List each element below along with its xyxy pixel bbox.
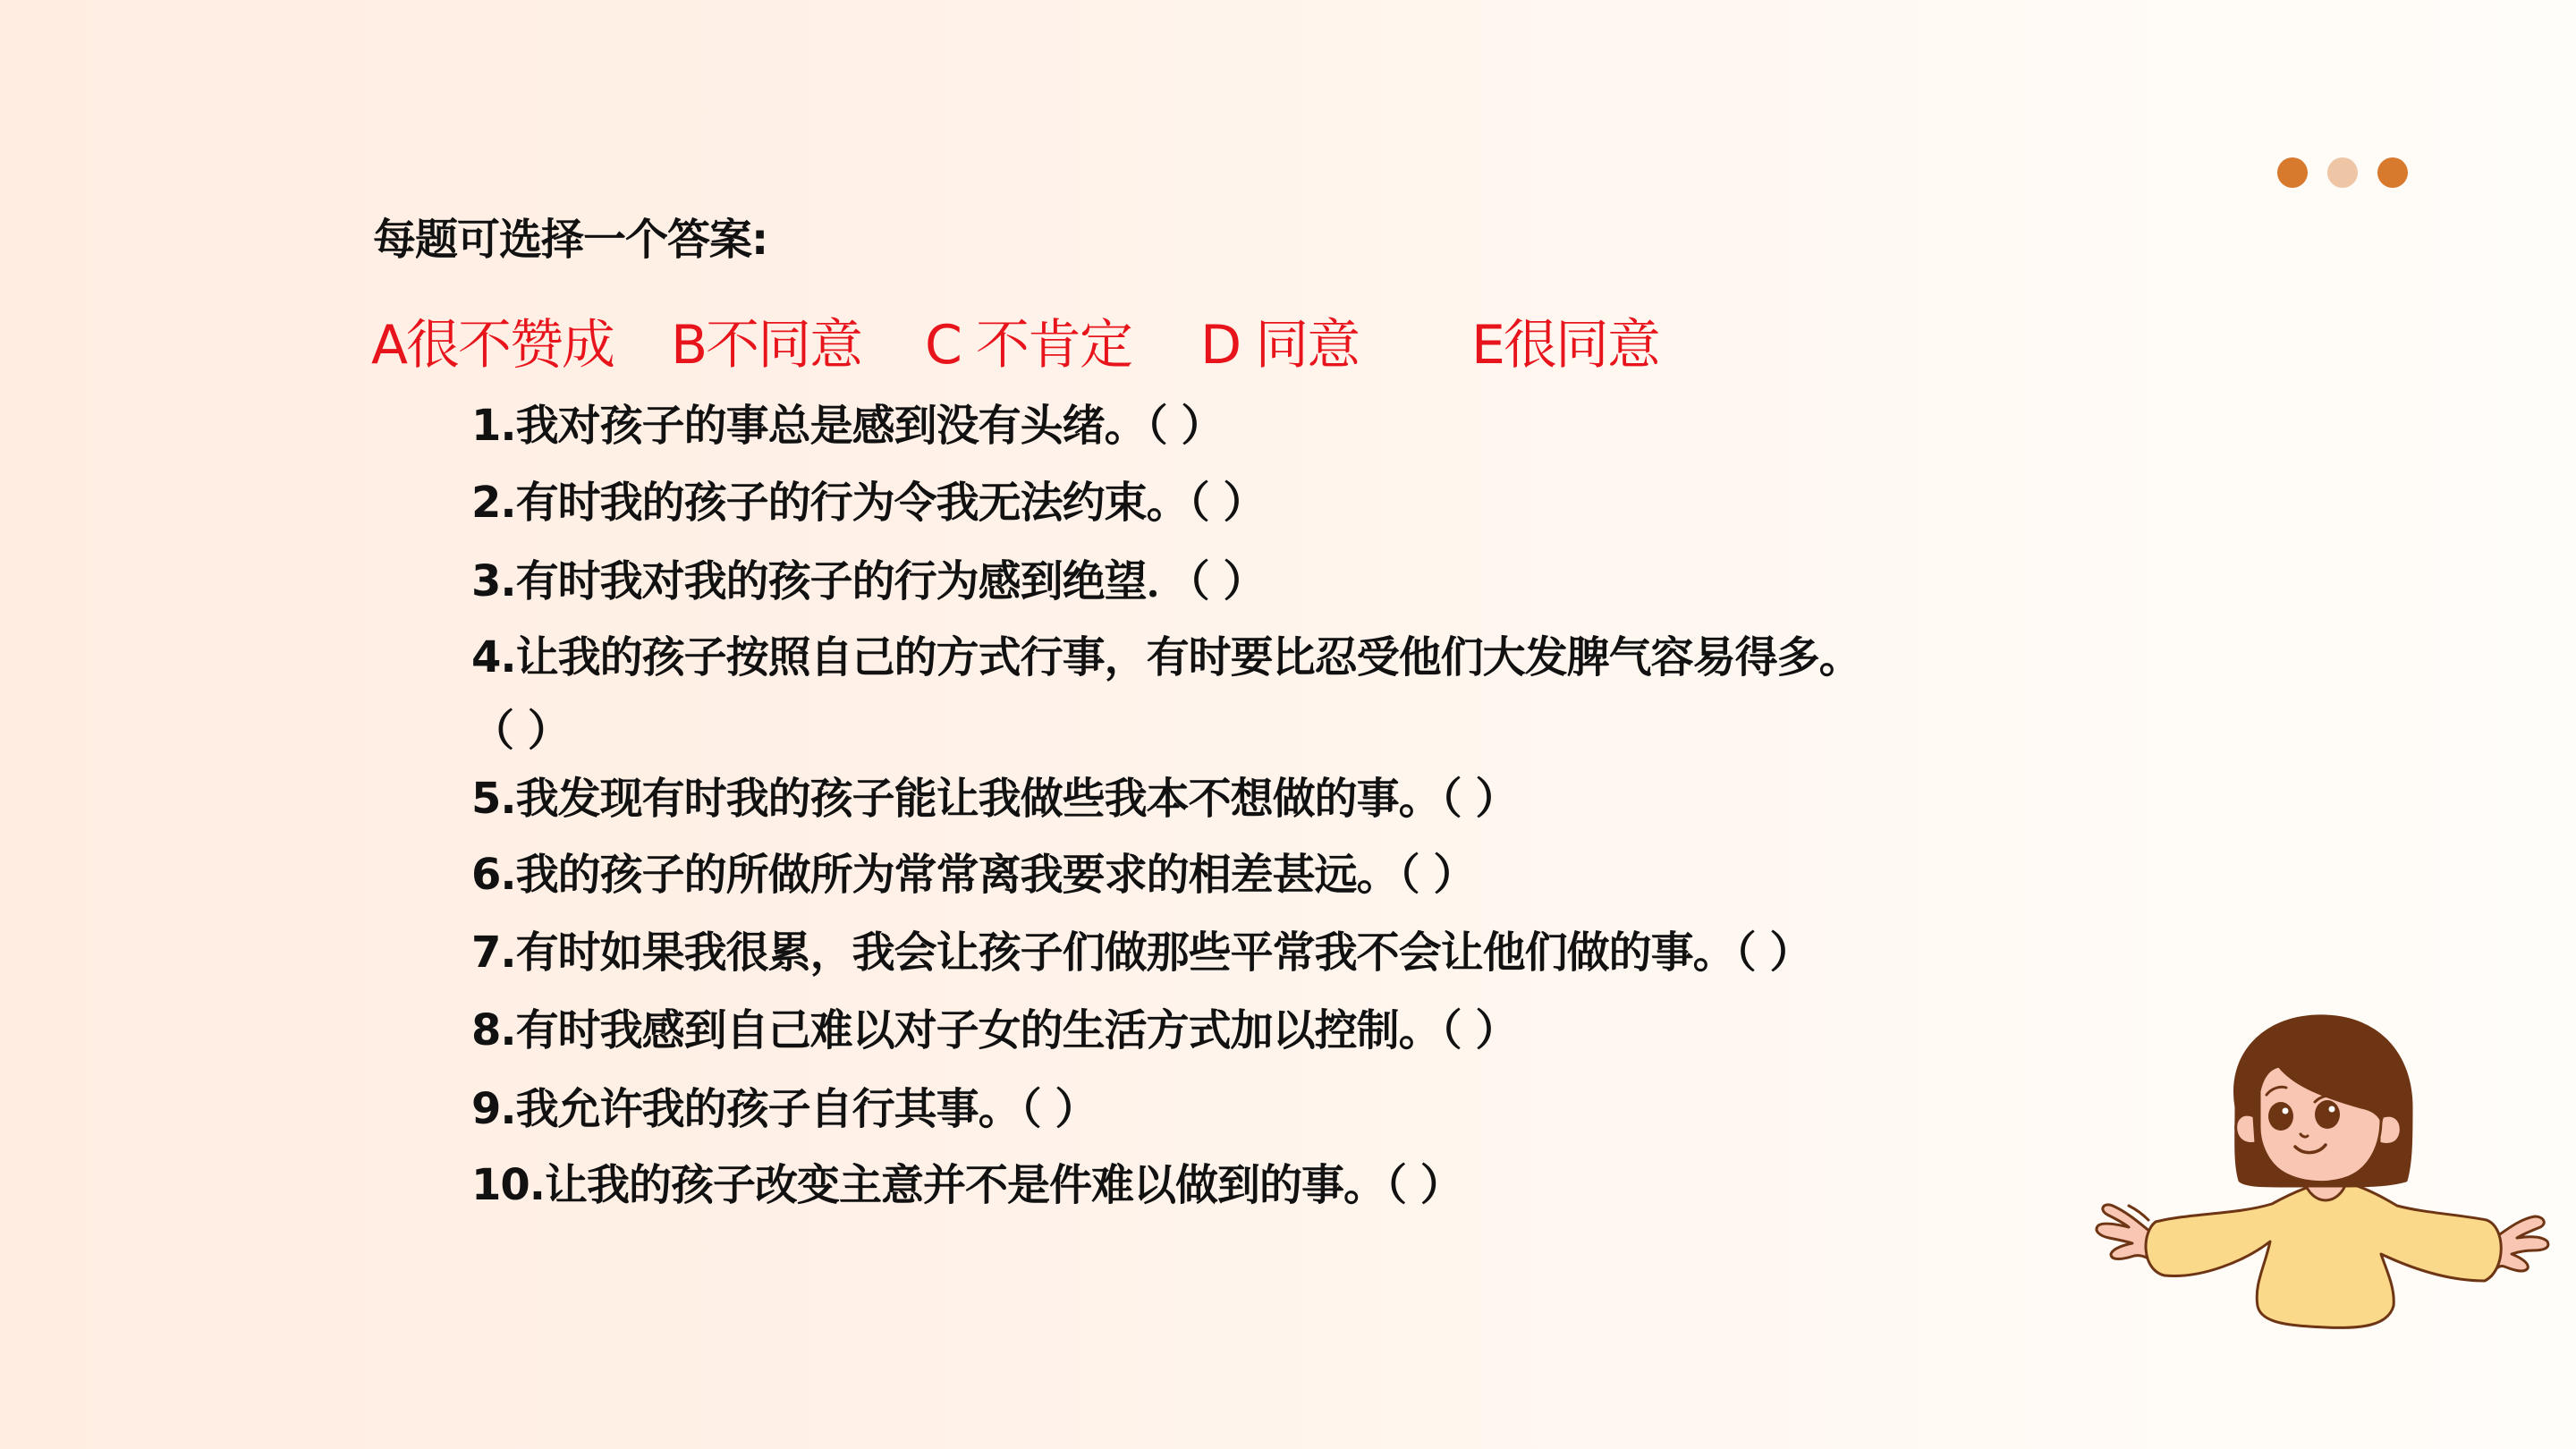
girl-illustration-icon xyxy=(2093,1002,2576,1342)
option-a: A很不赞成 xyxy=(371,313,614,377)
option-c: C 不肯定 xyxy=(925,313,1131,377)
option-e: E很同意 xyxy=(1471,313,1659,377)
dot-icon xyxy=(2377,157,2408,188)
question-item: 2.有时我的孩子的行为令我无法约束。（ ） xyxy=(471,476,1265,530)
question-item: 7.有时如果我很累，我会让孩子们做那些平常我不会让他们做的事。（ ） xyxy=(471,926,1811,979)
decoration-dots xyxy=(2277,157,2408,188)
question-item: 4.让我的孩子按照自己的方式行事，有时要比忍受他们大发脾气容易得多。 xyxy=(471,631,1861,684)
option-d: D 同意 xyxy=(1200,313,1359,377)
question-item: 3.有时我对我的孩子的行为感到绝望．（ ） xyxy=(471,555,1265,608)
question-item: 5.我发现有时我的孩子能让我做些我本不想做的事。（ ） xyxy=(471,772,1517,826)
instruction-heading: 每题可选择一个答案: xyxy=(373,213,767,267)
answer-options: A很不赞成 B不同意 C 不肯定 D 同意 E很同意 xyxy=(0,313,1789,377)
question-item-continuation: （ ） xyxy=(471,704,570,758)
question-item: 6.我的孩子的所做所为常常离我要求的相差甚远。（ ） xyxy=(471,848,1475,902)
question-item: 1.我对孩子的事总是感到没有头绪。（ ） xyxy=(471,399,1223,453)
option-b: B不同意 xyxy=(671,313,861,377)
dot-icon xyxy=(2327,157,2358,188)
question-item: 8.有时我感到自己难以对子女的生活方式加以控制。（ ） xyxy=(471,1004,1517,1057)
dot-icon xyxy=(2277,157,2308,188)
slide: 每题可选择一个答案: A很不赞成 B不同意 C 不肯定 D 同意 E很同意 1.… xyxy=(0,0,2576,1449)
question-item: 9.我允许我的孩子自行其事。（ ） xyxy=(471,1082,1097,1136)
question-item: 10.让我的孩子改变主意并不是件难以做到的事。（ ） xyxy=(471,1158,1462,1212)
